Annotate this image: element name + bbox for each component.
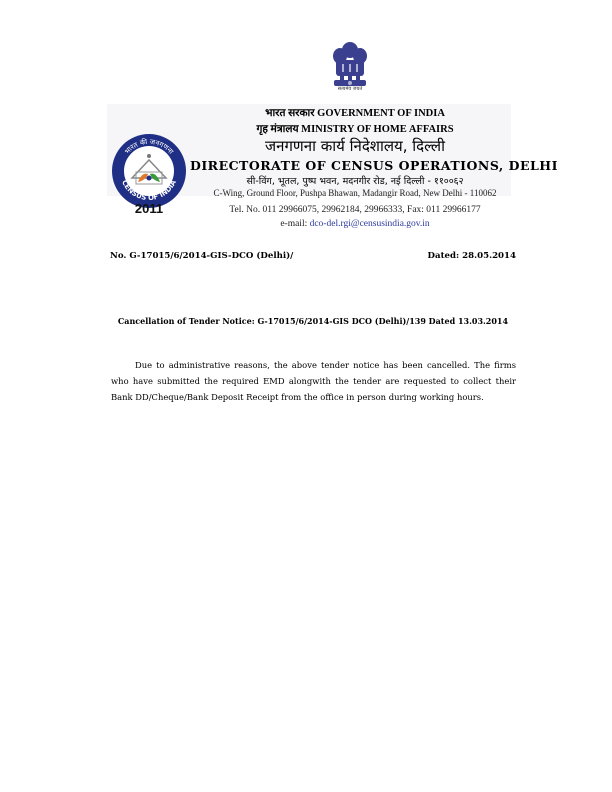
directorate-hindi-line: जनगणना कार्य निदेशालय, दिल्ली xyxy=(190,136,520,156)
ministry-line: गृह मंत्रालय MINISTRY OF HOME AFFAIRS xyxy=(190,122,520,136)
address-line: C-Wing, Ground Floor, Pushpa Bhawan, Mad… xyxy=(190,188,520,198)
government-line: भारत सरकार GOVERNMENT OF INDIA xyxy=(190,106,520,120)
email-link[interactable]: dco-del.rgi@censusindia.gov.in xyxy=(310,219,430,229)
subject-heading: Cancellation of Tender Notice: G-17015/6… xyxy=(110,316,516,326)
emblem-motto: सत्यमेव जयते xyxy=(322,86,378,92)
reference-date: Dated: 28.05.2014 xyxy=(428,251,516,261)
email-line: e-mail: dco-del.rgi@censusindia.gov.in xyxy=(190,219,520,229)
address-hindi-line: सी-विंग, भूतल, पुष्प भवन, मदनगीर रोड, नई… xyxy=(190,174,520,187)
telephone-line: Tel. No. 011 29966075, 29962184, 2996633… xyxy=(190,205,520,215)
email-label: e-mail: xyxy=(280,219,309,229)
directorate-line: DIRECTORATE OF CENSUS OPERATIONS, DELHI xyxy=(190,158,520,173)
reference-number: No. G-17015/6/2014-GIS-DCO (Delhi)/ xyxy=(110,251,293,261)
census-seal-icon: भारत की जनगणना CENSUS OF INDIA xyxy=(110,132,188,210)
body-paragraph: Due to administrative reasons, the above… xyxy=(111,357,516,405)
seal-year: 2011 xyxy=(118,201,180,216)
